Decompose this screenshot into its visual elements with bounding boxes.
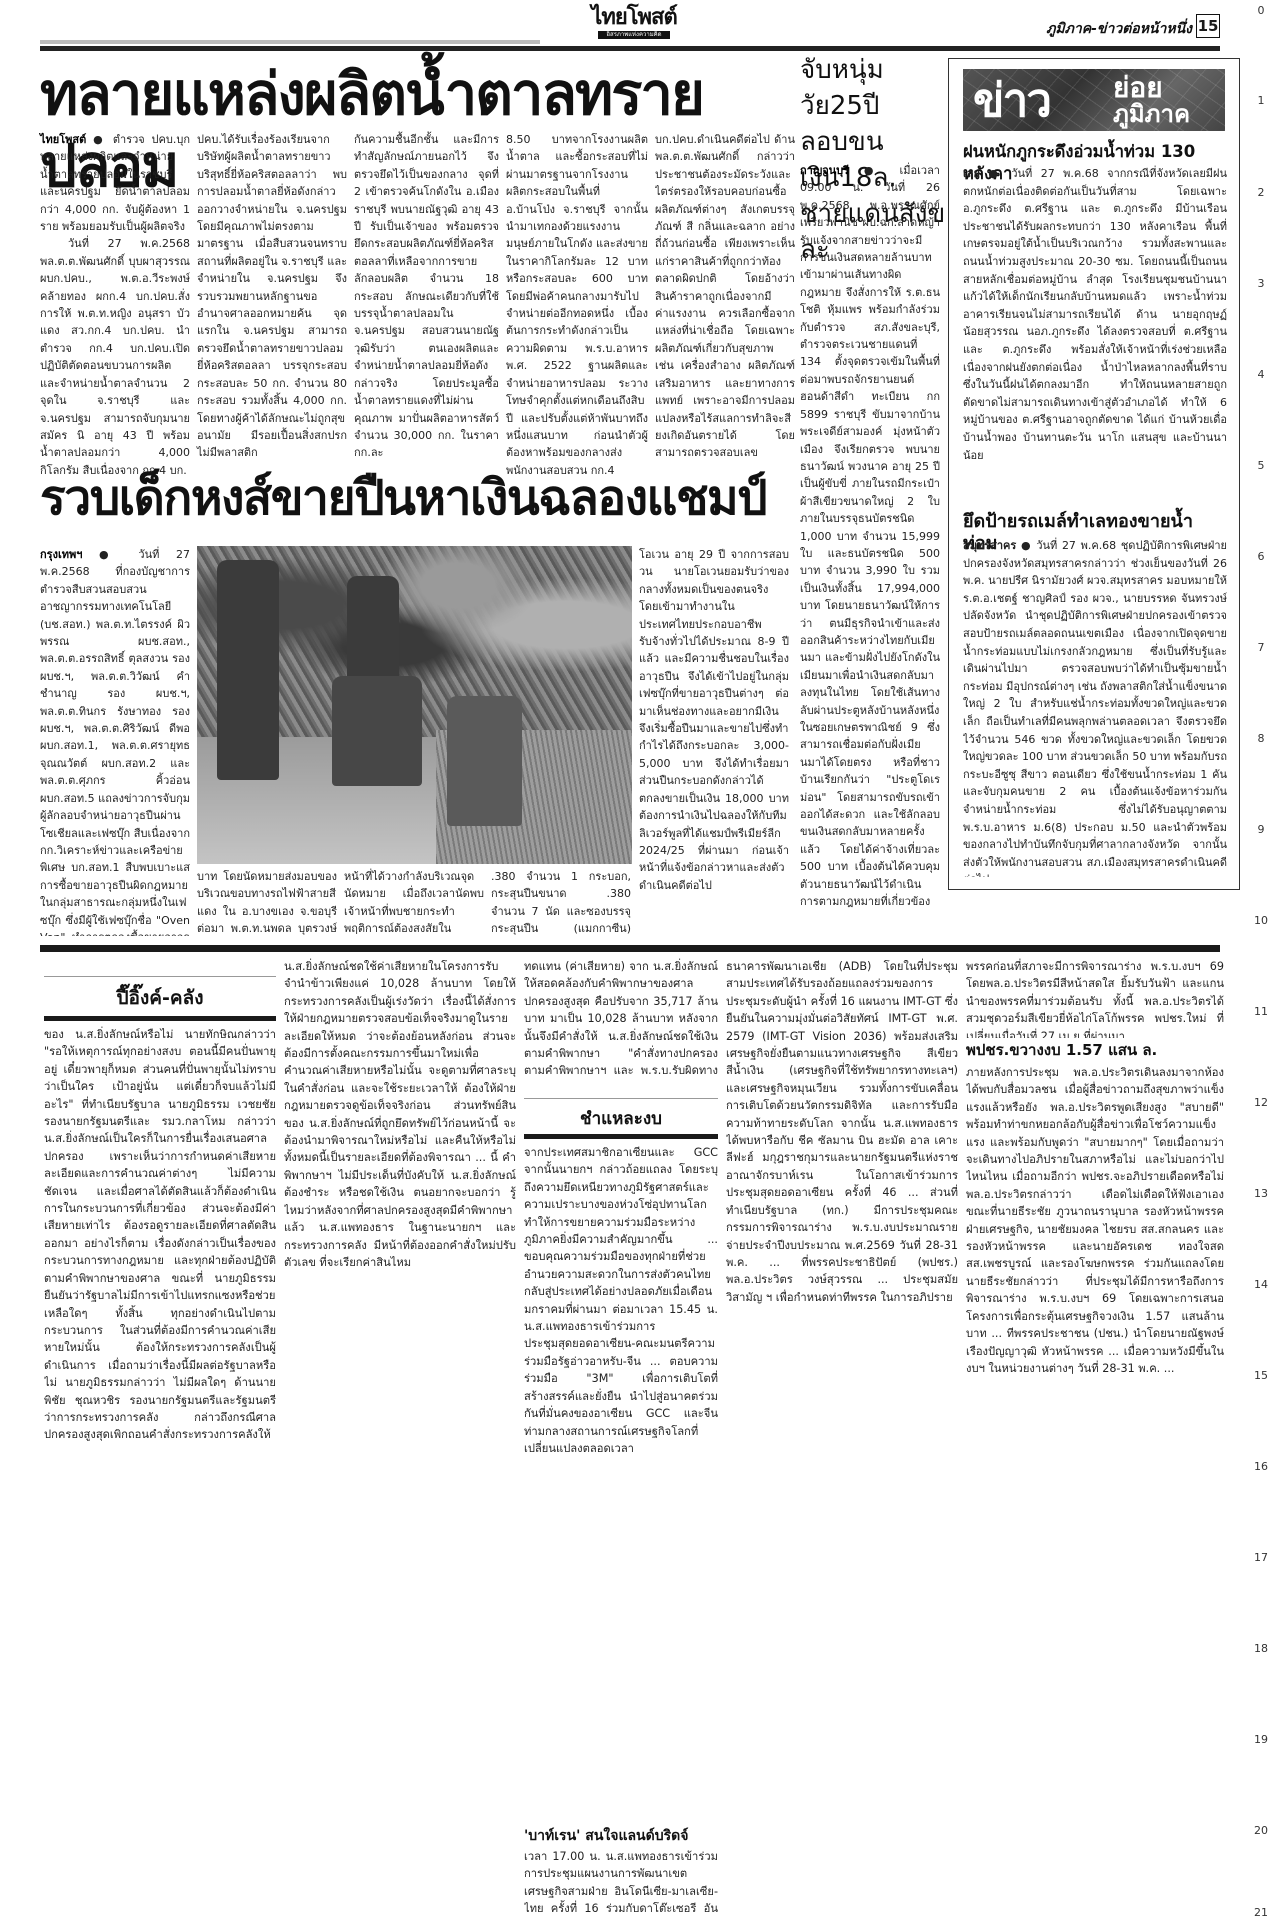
- row-number: 5: [1240, 459, 1282, 472]
- officer-figure: [332, 676, 422, 786]
- story-gun-headline: รวบเด็กหงส์ขายปืนหาเงินฉลองแชมป์: [40, 468, 940, 528]
- bullet-icon: ●: [864, 164, 885, 177]
- row-number: 13: [1240, 1187, 1282, 1200]
- subsection-title: ชำแหละงบ: [524, 1104, 718, 1134]
- section-divider: [40, 945, 1220, 952]
- section-title-rule-bottom: [44, 1016, 276, 1021]
- row-number: 0: [1240, 4, 1282, 17]
- column-col-1: ของ น.ส.ยิ่งลักษณ์หรือไม่ นายทักษิณกล่าว…: [44, 1026, 276, 1916]
- story-gun-col-4: .380 จำนวน 1 กระบอก, กระสุนปืนขนาด .380 …: [491, 868, 631, 938]
- row-number: 6: [1240, 550, 1282, 563]
- story-sugar-lead: ตำรวจ ปคบ.บุกทลายแหล่งผลิตและจำหน่ายน้ำต…: [40, 133, 190, 233]
- story-sugar-col-2: ปคบ.ได้รับเรื่องร้องเรียนจากบริษัทผู้ผลิ…: [197, 131, 347, 462]
- row-number: 11: [1240, 1005, 1282, 1018]
- logo-tagline: อิสรภาพแห่งความคิด: [598, 31, 670, 39]
- row-number: 18: [1240, 1642, 1282, 1655]
- row-number: 1: [1240, 94, 1282, 107]
- newspaper-logo: ไทยโพสต์ อิสรภาพแห่งความคิด: [588, 6, 680, 42]
- regional-item-2-text: วันที่ 27 พ.ค.68 ชุดปฏิบัติการพิเศษฝ่ายป…: [963, 539, 1227, 877]
- page-number: 15: [1196, 14, 1220, 38]
- story-sugar-col-1: ไทยโพสต์ ● ตำรวจ ปคบ.บุกทลายแหล่งผลิตและ…: [40, 131, 190, 479]
- dateline: กรุงเทพฯ: [40, 548, 82, 561]
- subsection-rule-top: [524, 1098, 718, 1099]
- story-sugar-col-3: กันความชื้นอีกชั้น และมีการทำสัญลักษณ์ภา…: [354, 131, 499, 462]
- column-col-3-end: เวลา 17.00 น. น.ส.แพทองธารเข้าร่วมการประ…: [524, 1848, 718, 1918]
- subsection-rule-bottom: [524, 1134, 718, 1139]
- story-gun-col-1: กรุงเทพฯ ● วันที่ 27 พ.ค.2568 ที่กองบัญช…: [40, 546, 190, 936]
- column-col-3-body: จากประเทศสมาชิกอาเซียนและ GCC จากนั้นนาย…: [524, 1144, 718, 1824]
- row-number: 16: [1240, 1460, 1282, 1473]
- column-col-4: ธนาคารพัฒนาเอเชีย (ADB) โดยในที่ประชุม ส…: [726, 958, 958, 1916]
- headline-line: จับหนุ่มวัย25ปี: [800, 52, 950, 124]
- officer-figure: [347, 576, 399, 686]
- subhead-bahrain: 'บาท์เรน' สนใจแลนด์บริดจ์: [524, 1826, 718, 1846]
- bullet-icon: ●: [1021, 539, 1032, 552]
- column-section-title: ปี๊อิ๊งค์-คลัง: [44, 983, 276, 1013]
- row-number: 4: [1240, 368, 1282, 381]
- row-number: 3: [1240, 277, 1282, 290]
- regional-item-1-text: วันที่ 27 พ.ค.68 จากกรณีที่จังหวัดเลยมีฝ…: [963, 167, 1227, 462]
- masthead-grey-rule: [40, 40, 540, 44]
- bullet-icon: ●: [99, 548, 122, 561]
- story-sugar-col-4: 8.50 บาทจากโรงงานผลิตน้ำตาล และซื้อกระสอ…: [506, 131, 648, 479]
- masthead-rule: [40, 46, 1220, 51]
- row-number-gutter: 0 1 2 3 4 5 6 7 8 9 10 11 12 13 14 15 16…: [1240, 0, 1282, 1920]
- suspect-figure: [447, 696, 522, 826]
- section-title-rule-top: [44, 976, 276, 977]
- subhead-pprp-budget: พปชร.ขวางงบ 1.57 แสน ล.: [966, 1040, 1224, 1060]
- story-gun-col-3: หน้าที่ได้วางกำลังบริเวณจุดนัดหมาย เมื่อ…: [344, 868, 484, 938]
- row-number: 10: [1240, 914, 1282, 927]
- row-number: 9: [1240, 823, 1282, 836]
- regional-news-box: ข่าว ย่อย ภูมิภาค ฝนหนักภูกระดึงอ่วมน้ำท…: [948, 58, 1240, 890]
- column-col-5-top: พรรคก่อนที่สภาจะมีการพิจารณาร่าง พ.ร.บ.ง…: [966, 958, 1224, 1038]
- bullet-icon: ●: [93, 133, 106, 146]
- row-number: 14: [1240, 1278, 1282, 1291]
- regional-item-1-body: เลย ● วันที่ 27 พ.ค.68 จากกรณีที่จังหวัด…: [963, 165, 1227, 505]
- story-gun-col-5: โอเวน อายุ 29 ปี จากการสอบวน นายโอเวนยอม…: [639, 546, 789, 936]
- story-cash-text: เมื่อเวลา 09.00 น. วันที่ 26 พ.ค.2568 พ.…: [800, 164, 940, 908]
- column-col-5-body: ภายหลังการประชุม พล.อ.ประวิตรเดินลงมาจาก…: [966, 1064, 1224, 1916]
- newspaper-page: ไทยโพสต์ อิสรภาพแห่งความคิด ภูมิภาค-ข่าว…: [0, 0, 1240, 1920]
- story-gun-col-2: บาท โดยนัดหมายส่งมอบของบริเวณขอบทางรถไฟฟ…: [197, 868, 337, 938]
- dateline: เลย: [963, 167, 980, 180]
- officer-figure: [217, 560, 279, 780]
- section-label: ภูมิภาค-ข่าวต่อหน้าหนึ่ง: [1046, 18, 1192, 40]
- column-col-2: น.ส.ยิ่งลักษณ์ชดใช้ค่าเสียหายในโครงการรั…: [284, 958, 516, 1916]
- dateline: สมุทรสาคร: [963, 539, 1016, 552]
- logo-wordmark: ไทยโพสต์: [588, 6, 680, 30]
- column-col-3-top: ทดแทน (ค่าเสียหาย) จาก น.ส.ยิ่งลักษณ์ ให…: [524, 958, 718, 1080]
- banner-word-news: ข่าว: [973, 71, 1050, 129]
- row-number: 12: [1240, 1096, 1282, 1109]
- story-sugar-col-5: บก.ปคบ.ดำเนินคดีต่อไป ด้าน พล.ต.ต.พัฒนศั…: [655, 131, 795, 461]
- bullet-icon: ●: [988, 167, 1003, 180]
- dateline: ไทยโพสต์: [40, 133, 86, 146]
- row-number: 21: [1240, 1906, 1282, 1919]
- row-number: 2: [1240, 186, 1282, 199]
- row-number: 17: [1240, 1551, 1282, 1564]
- regional-item-2-body: สมุทรสาคร ● วันที่ 27 พ.ค.68 ชุดปฏิบัติก…: [963, 537, 1227, 877]
- regional-news-banner: ข่าว ย่อย ภูมิภาค: [963, 69, 1225, 131]
- banner-word-region: ภูมิภาค: [1113, 101, 1190, 127]
- row-number: 19: [1240, 1733, 1282, 1746]
- story-sugar-body: วันที่ 27 พ.ค.2568 พล.ต.ต.พัฒนศักดิ์ บุบ…: [40, 235, 190, 479]
- arrest-photo: [197, 546, 632, 864]
- row-number: 15: [1240, 1369, 1282, 1382]
- story-gun-text: วันที่ 27 พ.ค.2568 ที่กองบัญชาการตำรวจสื…: [40, 548, 190, 936]
- row-number: 7: [1240, 641, 1282, 654]
- story-cash-body: กาญจนบุรี ● เมื่อเวลา 09.00 น. วันที่ 26…: [800, 162, 940, 932]
- dateline: กาญจนบุรี: [800, 164, 849, 177]
- banner-word-brief: ย่อย: [1113, 73, 1163, 103]
- row-number: 20: [1240, 1824, 1282, 1837]
- row-number: 8: [1240, 732, 1282, 745]
